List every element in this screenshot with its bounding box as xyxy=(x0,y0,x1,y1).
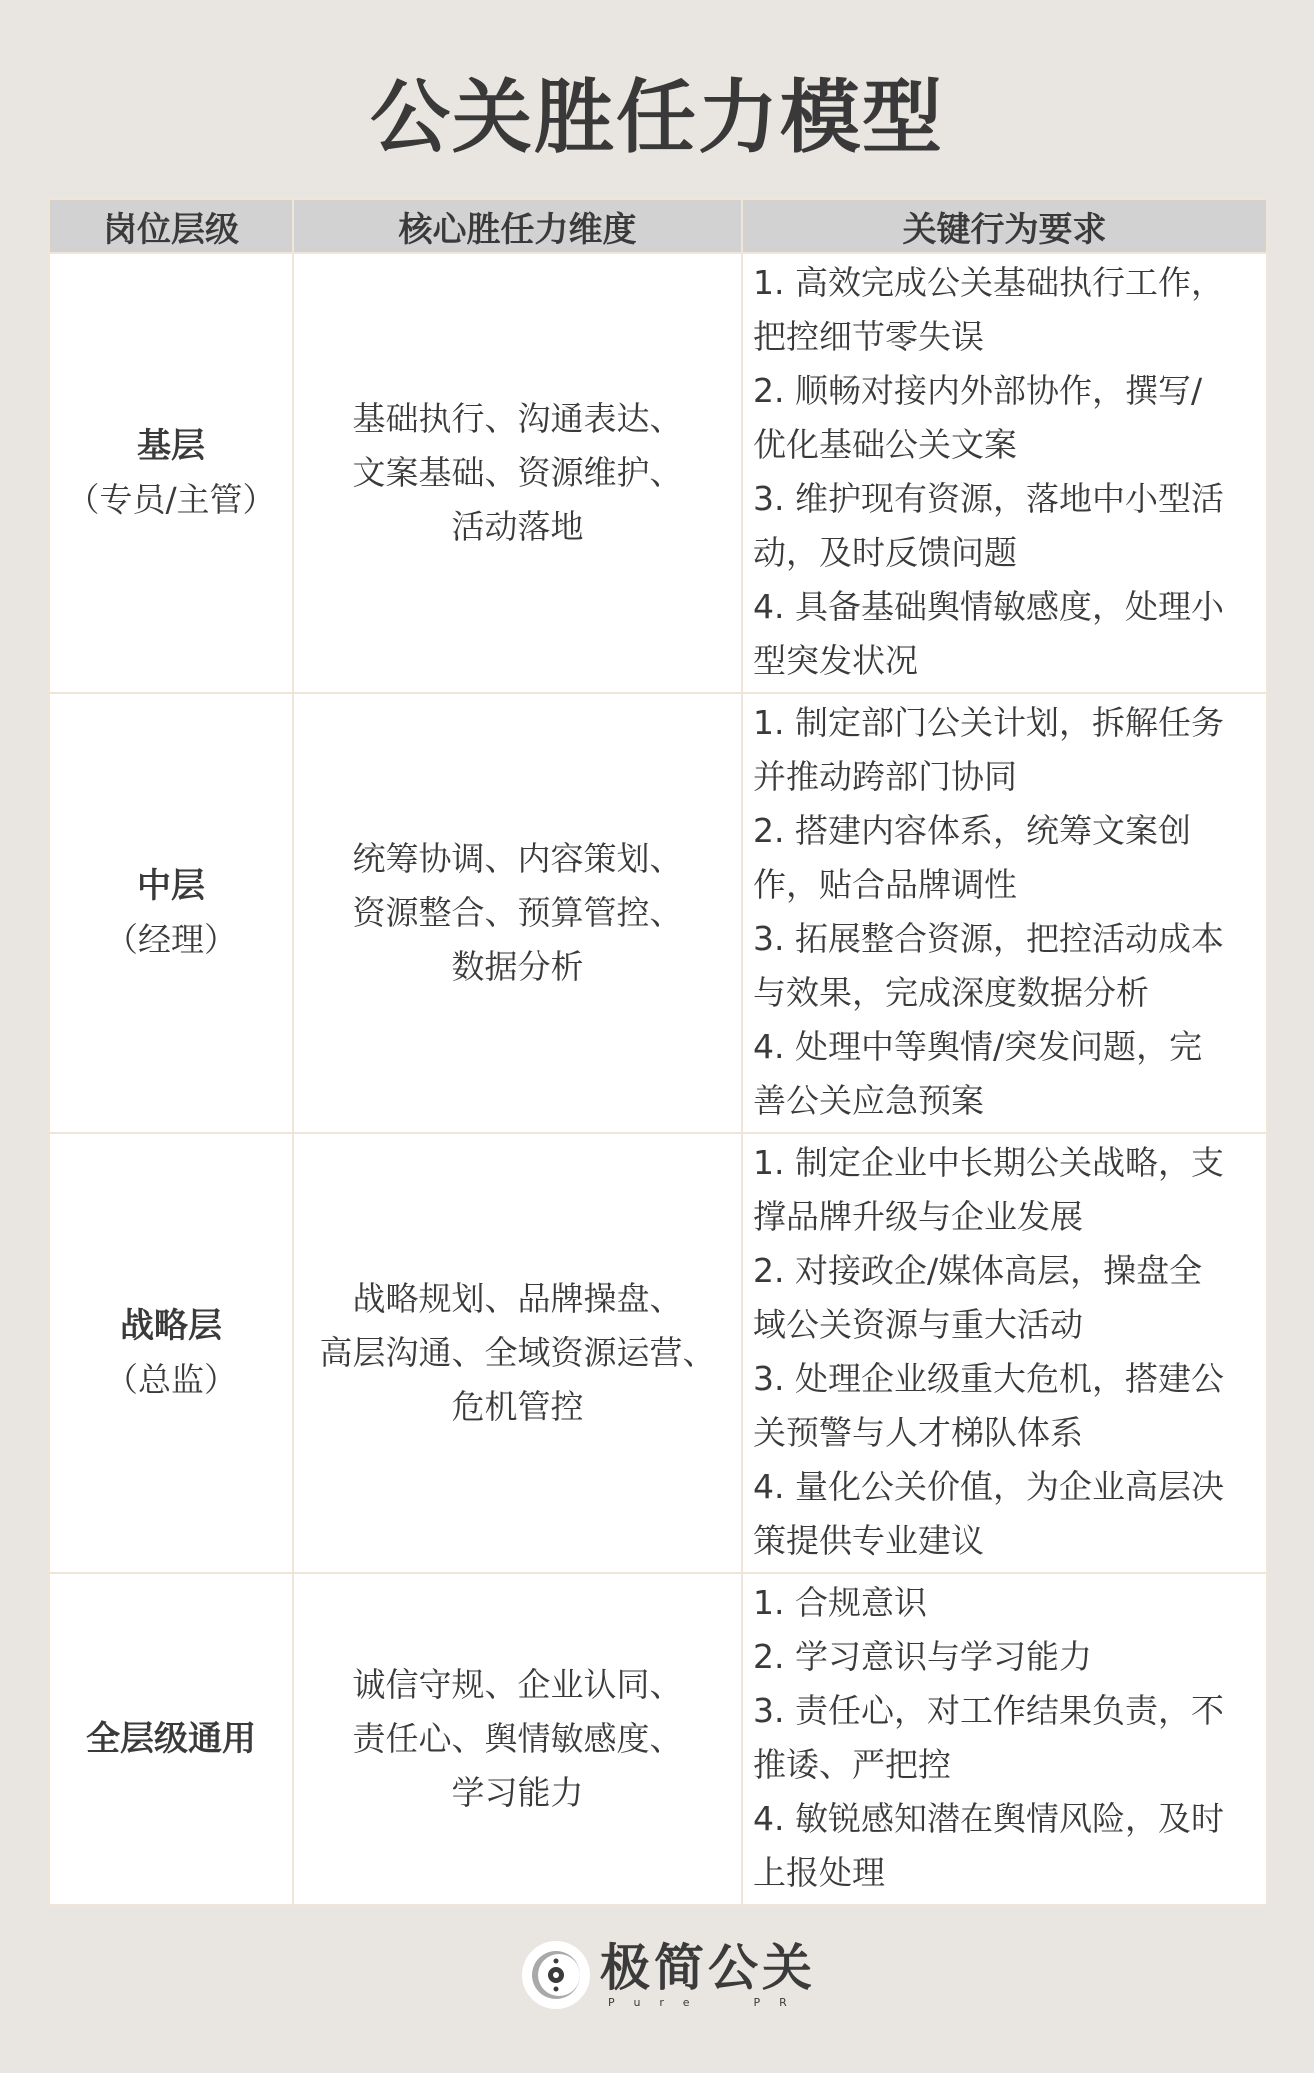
behavior-line: 域公关资源与重大活动 xyxy=(753,1298,1258,1352)
level-cell: 基层 （专员/主管） xyxy=(49,253,293,693)
dimension-line: 高层沟通、全域资源运营、 xyxy=(304,1326,731,1380)
table-row: 基层 （专员/主管） 基础执行、沟通表达、 文案基础、资源维护、 活动落地 1.… xyxy=(49,253,1267,693)
dimension-line: 资源整合、预算管控、 xyxy=(304,886,731,940)
behavior-line: 推诿、严把控 xyxy=(753,1738,1258,1792)
behavior-line: 作，贴合品牌调性 xyxy=(753,858,1258,912)
dimension-line: 战略规划、品牌操盘、 xyxy=(304,1272,731,1326)
dimensions-cell: 基础执行、沟通表达、 文案基础、资源维护、 活动落地 xyxy=(293,253,742,693)
level-name: 中层 xyxy=(50,859,292,913)
level-subtitle: （专员/主管） xyxy=(50,473,292,527)
behaviors-cell: 1. 高效完成公关基础执行工作， 把控细节零失误 2. 顺畅对接内外部协作，撰写… xyxy=(742,253,1267,693)
brand-name: 极简公关 xyxy=(600,1940,816,1996)
behavior-line: 4. 具备基础舆情敏感度，处理小 xyxy=(753,580,1258,634)
behavior-line: 2. 学习意识与学习能力 xyxy=(753,1630,1258,1684)
behavior-line: 4. 量化公关价值，为企业高层决 xyxy=(753,1460,1258,1514)
behavior-line: 3. 责任心，对工作结果负责，不 xyxy=(753,1684,1258,1738)
dimension-line: 活动落地 xyxy=(304,500,731,554)
competency-table: 岗位层级 核心胜任力维度 关键行为要求 基层 （专员/主管） 基础执行、沟通表达… xyxy=(48,198,1268,1906)
dimension-line: 责任心、舆情敏感度、 xyxy=(304,1712,731,1766)
dimensions-cell: 诚信守规、企业认同、 责任心、舆情敏感度、 学习能力 xyxy=(293,1573,742,1905)
header-behaviors: 关键行为要求 xyxy=(742,199,1267,253)
behavior-line: 策提供专业建议 xyxy=(753,1514,1258,1568)
behavior-line: 动，及时反馈问题 xyxy=(753,526,1258,580)
behavior-line: 型突发状况 xyxy=(753,634,1258,688)
level-cell: 战略层 （总监） xyxy=(49,1133,293,1573)
dimensions-cell: 统筹协调、内容策划、 资源整合、预算管控、 数据分析 xyxy=(293,693,742,1133)
behavior-line: 1. 合规意识 xyxy=(753,1576,1258,1630)
behavior-line: 1. 制定企业中长期公关战略，支 xyxy=(753,1136,1258,1190)
behavior-line: 3. 处理企业级重大危机，搭建公 xyxy=(753,1352,1258,1406)
behavior-line: 2. 顺畅对接内外部协作，撰写/ xyxy=(753,364,1258,418)
behavior-line: 3. 拓展整合资源，把控活动成本 xyxy=(753,912,1258,966)
page-title: 公关胜任力模型 xyxy=(0,68,1314,168)
level-subtitle: （总监） xyxy=(50,1353,292,1407)
circle-logo-icon xyxy=(522,1941,590,2009)
table-row: 全层级通用 诚信守规、企业认同、 责任心、舆情敏感度、 学习能力 1. 合规意识… xyxy=(49,1573,1267,1905)
dimension-line: 基础执行、沟通表达、 xyxy=(304,392,731,446)
behavior-line: 3. 维护现有资源，落地中小型活 xyxy=(753,472,1258,526)
header-level: 岗位层级 xyxy=(49,199,293,253)
brand-text: 极简公关 Pure PR xyxy=(600,1940,816,2010)
brand-subtitle: Pure PR xyxy=(600,1996,806,2010)
dimension-line: 文案基础、资源维护、 xyxy=(304,446,731,500)
dimension-line: 数据分析 xyxy=(304,940,731,994)
level-name: 全层级通用 xyxy=(50,1712,292,1766)
header-dimensions: 核心胜任力维度 xyxy=(293,199,742,253)
behavior-line: 优化基础公关文案 xyxy=(753,418,1258,472)
table-header-row: 岗位层级 核心胜任力维度 关键行为要求 xyxy=(49,199,1267,253)
level-name: 基层 xyxy=(50,419,292,473)
behaviors-cell: 1. 制定企业中长期公关战略，支 撑品牌升级与企业发展 2. 对接政企/媒体高层… xyxy=(742,1133,1267,1573)
dimension-line: 统筹协调、内容策划、 xyxy=(304,832,731,886)
behavior-line: 与效果，完成深度数据分析 xyxy=(753,966,1258,1020)
brand-logo: 极简公关 Pure PR xyxy=(522,1940,816,2010)
behavior-line: 并推动跨部门协同 xyxy=(753,750,1258,804)
level-subtitle: （经理） xyxy=(50,913,292,967)
dimension-line: 危机管控 xyxy=(304,1380,731,1434)
dimensions-cell: 战略规划、品牌操盘、 高层沟通、全域资源运营、 危机管控 xyxy=(293,1133,742,1573)
behavior-line: 2. 搭建内容体系，统筹文案创 xyxy=(753,804,1258,858)
table-row: 中层 （经理） 统筹协调、内容策划、 资源整合、预算管控、 数据分析 1. 制定… xyxy=(49,693,1267,1133)
dimension-line: 诚信守规、企业认同、 xyxy=(304,1658,731,1712)
level-cell: 全层级通用 xyxy=(49,1573,293,1905)
behavior-line: 善公关应急预案 xyxy=(753,1074,1258,1128)
behavior-line: 关预警与人才梯队体系 xyxy=(753,1406,1258,1460)
dimension-line: 学习能力 xyxy=(304,1766,731,1820)
behavior-line: 1. 高效完成公关基础执行工作， xyxy=(753,256,1258,310)
behavior-line: 2. 对接政企/媒体高层，操盘全 xyxy=(753,1244,1258,1298)
behavior-line: 撑品牌升级与企业发展 xyxy=(753,1190,1258,1244)
behavior-line: 4. 敏锐感知潜在舆情风险，及时 xyxy=(753,1792,1258,1846)
behavior-line: 把控细节零失误 xyxy=(753,310,1258,364)
behavior-line: 4. 处理中等舆情/突发问题，完 xyxy=(753,1020,1258,1074)
behavior-line: 上报处理 xyxy=(753,1846,1258,1900)
table-row: 战略层 （总监） 战略规划、品牌操盘、 高层沟通、全域资源运营、 危机管控 1.… xyxy=(49,1133,1267,1573)
behaviors-cell: 1. 制定部门公关计划，拆解任务 并推动跨部门协同 2. 搭建内容体系，统筹文案… xyxy=(742,693,1267,1133)
behaviors-cell: 1. 合规意识 2. 学习意识与学习能力 3. 责任心，对工作结果负责，不 推诿… xyxy=(742,1573,1267,1905)
level-name: 战略层 xyxy=(50,1299,292,1353)
level-cell: 中层 （经理） xyxy=(49,693,293,1133)
behavior-line: 1. 制定部门公关计划，拆解任务 xyxy=(753,696,1258,750)
